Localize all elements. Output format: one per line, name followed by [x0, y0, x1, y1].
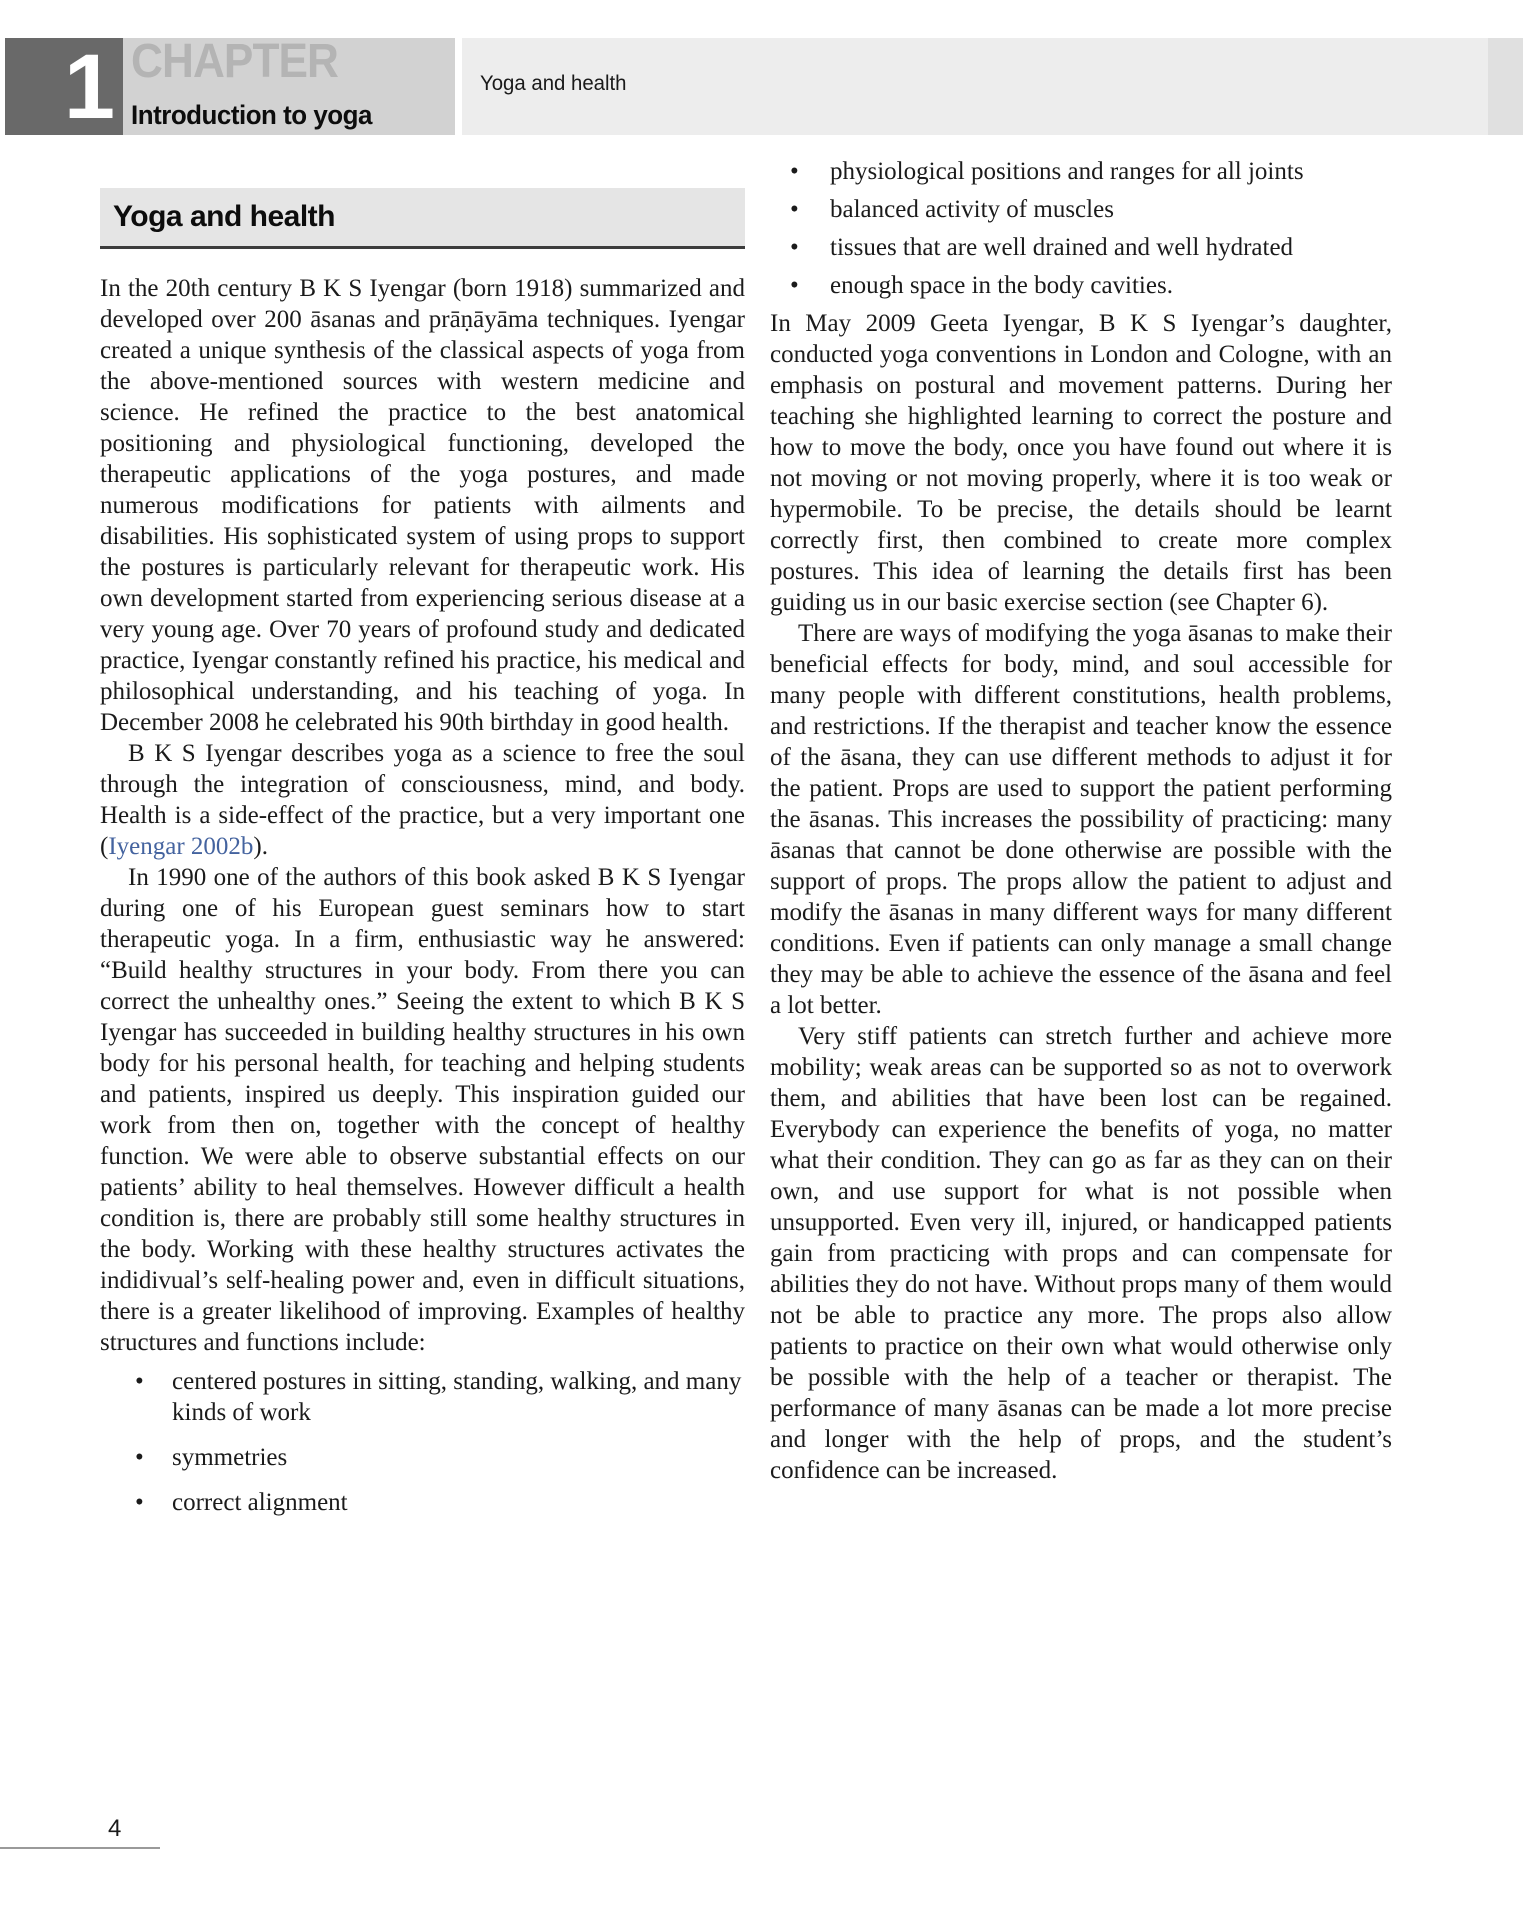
right-bullet-list: • physiological positions and ranges for…: [770, 156, 1392, 301]
page-number: 4: [108, 1815, 121, 1843]
chapter-number-box: 1: [5, 38, 123, 135]
right-column: • physiological positions and ranges for…: [770, 148, 1392, 1486]
bullet-marker: •: [135, 1366, 172, 1428]
list-item-text: correct alignment: [172, 1487, 745, 1518]
paragraph: In 1990 one of the authors of this book …: [100, 862, 745, 1358]
chapter-title: Introduction to yoga: [131, 100, 372, 130]
list-item: • enough space in the body cavities.: [770, 270, 1392, 301]
left-column: Yoga and health In the 20th century B K …: [100, 188, 745, 1532]
chapter-number: 1: [64, 36, 111, 138]
book-page: { "header": { "chapter_number": "1", "ch…: [0, 0, 1523, 1920]
list-item-text: physiological positions and ranges for a…: [830, 156, 1392, 187]
list-item: • physiological positions and ranges for…: [770, 156, 1392, 187]
list-item: • balanced activity of muscles: [770, 194, 1392, 225]
left-bullet-list: • centered postures in sitting, standing…: [100, 1366, 745, 1518]
list-item-text: enough space in the body cavities.: [830, 270, 1392, 301]
list-item: • correct alignment: [100, 1487, 745, 1518]
paragraph: In the 20th century B K S Iyengar (born …: [100, 273, 745, 738]
list-item-text: centered postures in sitting, standing, …: [172, 1366, 745, 1428]
chapter-title-box: CHAPTER Introduction to yoga: [123, 38, 455, 135]
list-item: • symmetries: [100, 1442, 745, 1473]
section-heading: Yoga and health: [100, 188, 745, 249]
footer-rule: [0, 1847, 160, 1849]
page-header: 1 CHAPTER Introduction to yoga Yoga and …: [0, 38, 1523, 135]
bullet-marker: •: [135, 1487, 172, 1518]
paragraph: In May 2009 Geeta Iyengar, B K S Iyengar…: [770, 308, 1392, 618]
paragraph: Very stiff patients can stretch further …: [770, 1021, 1392, 1486]
running-head: Yoga and health: [480, 72, 627, 96]
list-item: • tissues that are well drained and well…: [770, 232, 1392, 263]
header-right-edge-strip: [1488, 38, 1523, 135]
bullet-marker: •: [790, 194, 830, 225]
paragraph-text: ).: [253, 833, 268, 860]
list-item-text: balanced activity of muscles: [830, 194, 1392, 225]
paragraph: B K S Iyengar describes yoga as a scienc…: [100, 738, 745, 862]
paragraph: There are ways of modifying the yoga āsa…: [770, 618, 1392, 1021]
citation-link[interactable]: Iyengar 2002b: [108, 833, 253, 860]
bullet-marker: •: [135, 1442, 172, 1473]
list-item: • centered postures in sitting, standing…: [100, 1366, 745, 1428]
list-item-text: tissues that are well drained and well h…: [830, 232, 1392, 263]
bullet-marker: •: [790, 270, 830, 301]
bullet-marker: •: [790, 156, 830, 187]
bullet-marker: •: [790, 232, 830, 263]
chapter-label: CHAPTER: [131, 34, 338, 90]
list-item-text: symmetries: [172, 1442, 745, 1473]
